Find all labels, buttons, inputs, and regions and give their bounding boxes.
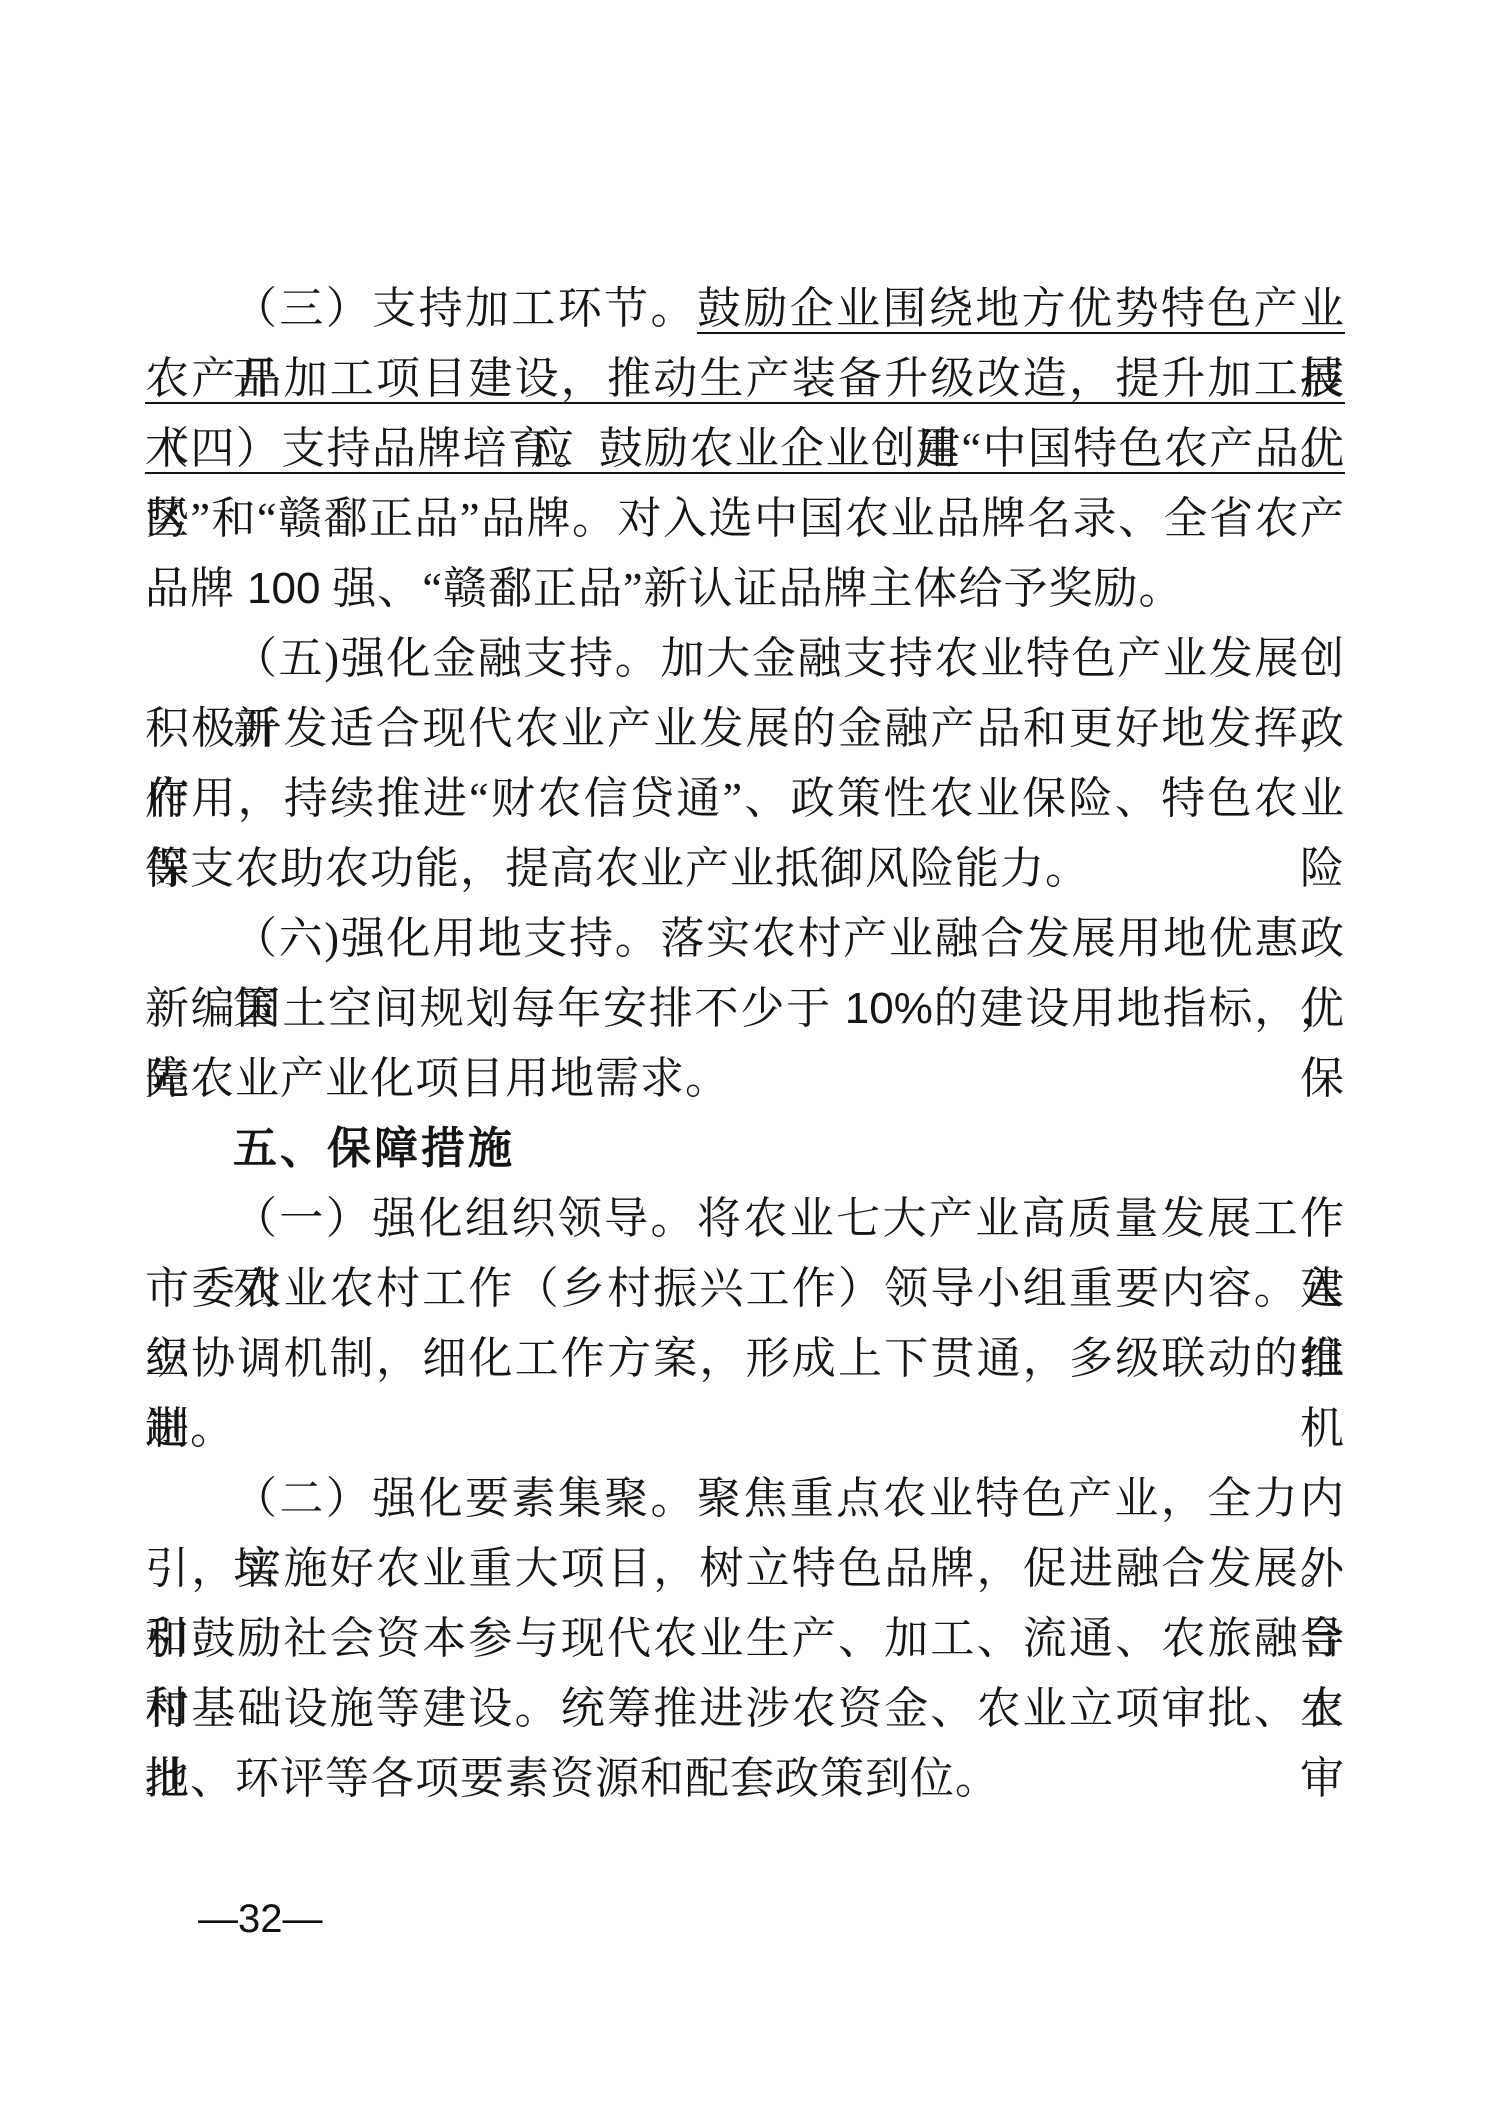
text-line: 农产品加工项目建设，推动生产装备升级改造，提升加工技术应用。 — [145, 344, 1345, 414]
text-line: 引，实施好农业重大项目，树立特色品牌，促进融合发展。引导 — [145, 1534, 1345, 1604]
text-line: （六)强化用地支持。落实农村产业融合发展用地优惠政策， — [145, 904, 1345, 974]
text-line: （五)强化金融支持。加大金融支持农业特色产业发展创新， — [145, 624, 1345, 694]
text-line: （四）支持品牌培育。鼓励农业企业创建“中国特色农产品优势 — [145, 414, 1345, 484]
text-line: 新编国土空间规划每年安排不少于 10%的建设用地指标，优先保 — [145, 974, 1345, 1044]
text-segment: （三）支持加工环节。 — [233, 284, 697, 333]
text-line: （一）强化组织领导。将农业七大产业高质量发展工作列入 — [145, 1184, 1345, 1254]
page-number: —32— — [198, 1896, 323, 1942]
text-segment: 障农业产业化项目用地需求。 — [145, 1054, 730, 1103]
text-block: （三）支持加工环节。鼓励企业围绕地方优势特色产业开展农产品加工项目建设，推动生产… — [145, 274, 1345, 1814]
text-line: 村基础设施等建设。统筹推进涉农资金、农业立项审批、土地审 — [145, 1674, 1345, 1744]
text-segment: 批、环评等各项要素资源和配套政策到位。 — [145, 1754, 1000, 1803]
text-line: 织协调机制，细化工作方案，形成上下贯通，多级联动的推进机 — [145, 1324, 1345, 1394]
text-line: 品牌 100 强、“赣鄱正品”新认证品牌主体给予奖励。 — [145, 554, 1345, 624]
text-segment: 织协调机制，细化工作方案，形成上下贯通，多级联动的推进机 — [145, 1334, 1345, 1453]
text-line: 作用，持续推进“财农信贷通”、政策性农业保险、特色农业保险 — [145, 764, 1345, 834]
text-line: 区”和“赣鄱正品”品牌。对入选中国农业品牌名录、全省农产品 — [145, 484, 1345, 554]
text-line: 和鼓励社会资本参与现代农业生产、加工、流通、农旅融合和农 — [145, 1604, 1345, 1674]
text-segment: 等支农助农功能，提高农业产业抵御风险能力。 — [145, 844, 1090, 893]
text-segment: 100 — [247, 564, 320, 613]
text-segment: 强、“赣鄱正品”新认证品牌主体给予奖励。 — [320, 564, 1183, 613]
text-segment: 10% — [845, 984, 933, 1033]
text-line: 市委农业农村工作（乡村振兴工作）领导小组重要内容。建立组 — [145, 1254, 1345, 1324]
section-heading: 五、保障措施 — [145, 1114, 1345, 1184]
text-segment: 五、保障措施 — [233, 1124, 515, 1173]
document-page: （三）支持加工环节。鼓励企业围绕地方优势特色产业开展农产品加工项目建设，推动生产… — [0, 0, 1488, 2104]
text-line: （二）强化要素集聚。聚焦重点农业特色产业，全力内培外 — [145, 1464, 1345, 1534]
text-segment: 新编国土空间规划每年安排不少于 — [145, 984, 845, 1033]
text-line: 积极开发适合现代农业产业发展的金融产品和更好地发挥政府 — [145, 694, 1345, 764]
text-line: （三）支持加工环节。鼓励企业围绕地方优势特色产业开展 — [145, 274, 1345, 344]
text-segment: 品牌 — [145, 564, 247, 613]
text-segment: 制。 — [145, 1404, 235, 1453]
